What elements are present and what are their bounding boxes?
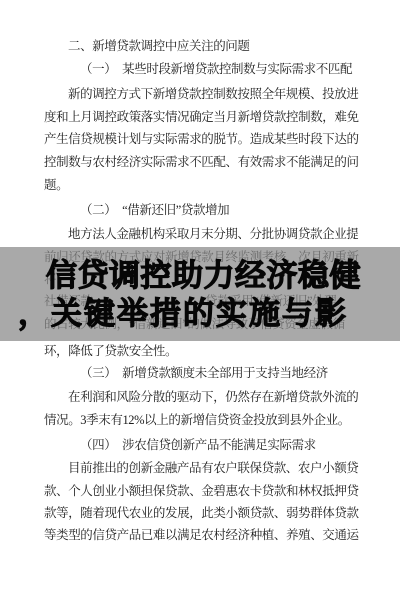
- doc-line: 等类型的信贷产品已难以满足农村经济种植、养殖、交通运: [44, 528, 359, 543]
- subsection-heading-2: （二） “借新还旧”贷款增加: [80, 203, 229, 218]
- subsection-heading-1: （一） 某些时段新增贷款控制数与实际需求不匹配: [80, 62, 352, 77]
- overlay-title-line1: 信贷调控助力经济稳健: [46, 259, 361, 293]
- document-page: 二、新增贷款调控中应关注的问题 （一） 某些时段新增贷款控制数与实际需求不匹配 …: [0, 0, 400, 591]
- doc-line: 控制数与农村经济实际需求不匹配、有效需求不能满足的问: [44, 155, 359, 170]
- doc-line: 款等，随着现代农业的发展，此类小额贷款、弱势群体贷款: [44, 506, 359, 521]
- doc-line: 度和上月调控政策落实情况确定当月新增贷款控制数，难免: [44, 110, 359, 125]
- doc-line: 环，降低了贷款安全性。: [44, 344, 177, 359]
- section-heading: 二、新增贷款调控中应关注的问题: [68, 39, 250, 54]
- subsection-heading-4: （四） 涉农信贷创新产品不能满足实际需求: [80, 438, 316, 453]
- doc-line: 新的调控方式下新增贷款控制数按照全年规模、投放进: [68, 87, 358, 102]
- doc-line: 在利润和风险分散的驱动下，仍然存在新增贷款外流的: [68, 390, 358, 405]
- doc-line: 情况。3季末有12%以上的新增信贷资金投放到县外企业。: [44, 413, 350, 428]
- doc-line: 题。: [44, 178, 68, 193]
- doc-line: 款、个人创业小额担保贷款、金碧惠农卡贷款和林权抵押贷: [44, 484, 359, 499]
- doc-line: 目前推出的创新金融产品有农户联保贷款、农户小额贷: [68, 461, 358, 476]
- subsection-heading-3: （三） 新增贷款额度未全部用于支持当地经济: [80, 366, 328, 381]
- overlay-title-line2: ，关键举措的实施与影: [18, 297, 348, 331]
- doc-line: 地方法人金融机构采取月末分期、分批协调贷款企业提: [68, 227, 358, 242]
- doc-line: 产生信贷规模计划与实际需求的脱节。造成某些时段下达的: [44, 132, 359, 147]
